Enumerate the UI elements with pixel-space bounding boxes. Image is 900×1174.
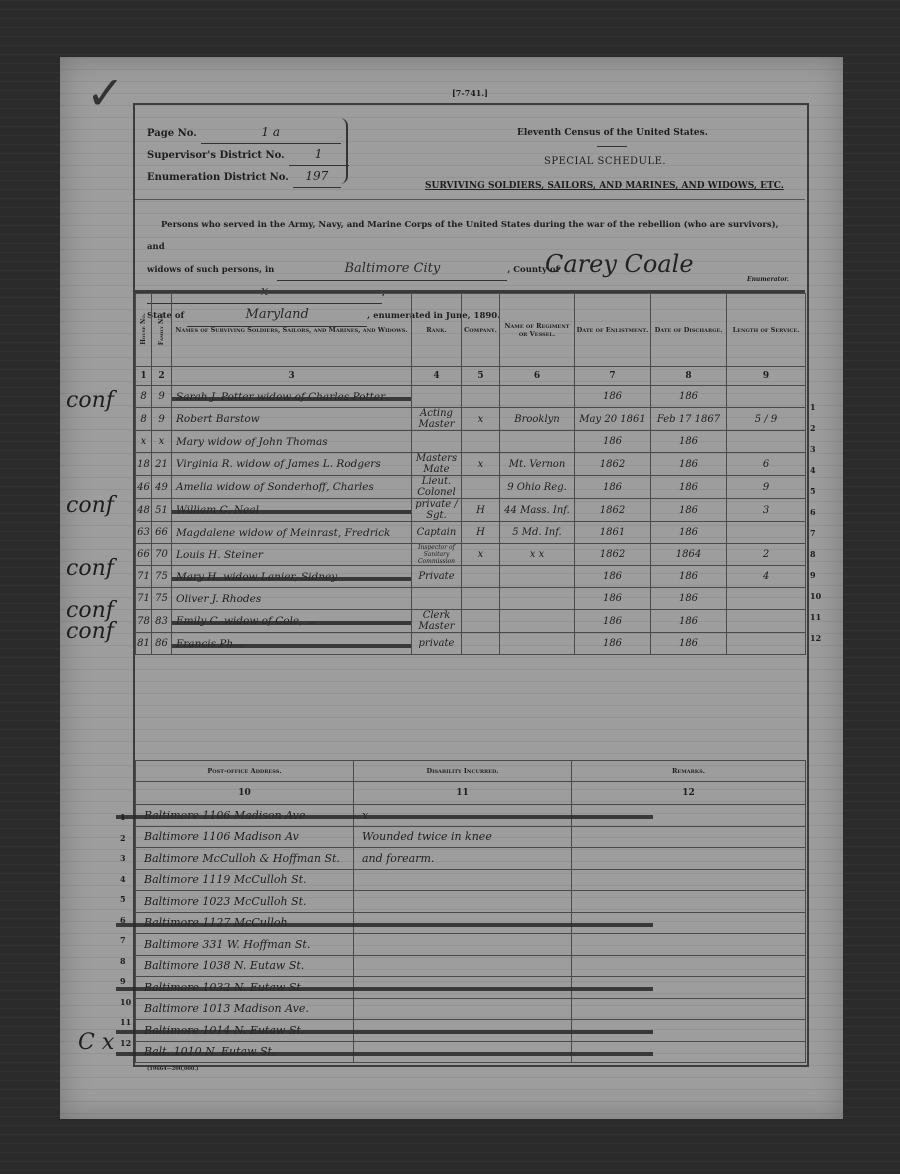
cell-company: H (462, 522, 500, 544)
cell-rank: Inspector of Sanitary Commission (412, 544, 462, 566)
row-number: 12 (810, 633, 821, 643)
cell-house: 81 (136, 633, 152, 655)
table-row: 7175Oliver J. Rhodes186186 (136, 588, 806, 610)
cell-service (727, 633, 806, 655)
cell-enlistment: 186 (575, 610, 651, 633)
cell-family: 83 (152, 610, 172, 633)
cell-remarks (572, 891, 806, 913)
footer-code: (19664—200,000.) (147, 1066, 198, 1072)
address-row: Baltimore 1014 N. Eutaw St. (136, 1020, 806, 1042)
company-header: Company. (462, 294, 500, 367)
cell-house: 63 (136, 522, 152, 544)
cell-address: Baltimore 1032 N. Eutaw St. (136, 977, 354, 999)
cell-name: Emily C. widow of Cole, ... (172, 610, 412, 633)
brace (338, 118, 348, 184)
cell-remarks (572, 826, 806, 848)
cell-service (727, 610, 806, 633)
enumerator-signature: Carey Coale (545, 250, 694, 278)
cell-enlistment: 186 (575, 588, 651, 610)
table-row: 1821Virginia R. widow of James L. Rodger… (136, 453, 806, 476)
address-row: Baltimore 1106 Madison Avex (136, 805, 806, 827)
cell-disability (354, 934, 572, 956)
cell-regiment: Mt. Vernon (500, 453, 575, 476)
margin-note-c: C x (78, 1030, 114, 1055)
cell-enlistment: 186 (575, 476, 651, 499)
form-code: [7-741.] (452, 88, 488, 98)
row-number: 5 (810, 486, 816, 496)
census-title: Eleventh Census of the United States. (517, 128, 708, 138)
row-number: 6 (810, 507, 816, 517)
cell-discharge: 1864 (651, 544, 727, 566)
address-row: Baltimore 1013 Madison Ave. (136, 998, 806, 1020)
table-row: 6670Louis H. SteinerInspector of Sanitar… (136, 544, 806, 566)
address-row: Baltimore 331 W. Hoffman St. (136, 934, 806, 956)
names-header: Names of Surviving Soldiers, Sailors, an… (172, 294, 412, 367)
cell-disability (354, 891, 572, 913)
address-row: Baltimore McCulloh & Hoffman St.and fore… (136, 848, 806, 870)
cell-regiment (500, 633, 575, 655)
cell-service: 5 / 9 (727, 408, 806, 431)
cell-family: x (152, 431, 172, 453)
soldiers-table: House No. Family No. Names of Surviving … (135, 293, 806, 655)
cell-discharge: 186 (651, 610, 727, 633)
family-no-header: Family No. (152, 294, 172, 367)
address-row: Baltimore 1127 McCulloh (136, 912, 806, 934)
cell-family: 9 (152, 386, 172, 408)
address-row: Baltimore 1023 McCulloh St. (136, 891, 806, 913)
address-row: Baltimore 1106 Madison AvWounded twice i… (136, 826, 806, 848)
cell-regiment: Brooklyn (500, 408, 575, 431)
supervisor-label: Supervisor's District No. (147, 145, 285, 166)
margin-note-conf: conf (66, 388, 114, 413)
cell-company (462, 431, 500, 453)
address-row: Baltimore 1119 McCulloh St. (136, 869, 806, 891)
table-row: 8186Francis Ph...private186186 (136, 633, 806, 655)
cell-name: Sarah J. Potter widow of Charles Potter (172, 386, 412, 408)
cell-regiment: x x (500, 544, 575, 566)
title-rule (597, 146, 627, 147)
cell-regiment (500, 386, 575, 408)
lower-row-number: 11 (120, 1017, 131, 1027)
row-number: 10 (810, 591, 821, 601)
cell-rank: private (412, 633, 462, 655)
lower-column-numbers: 101112 (136, 782, 806, 805)
widows-label: widows of such persons, in (147, 265, 274, 275)
enlistment-header: Date of Enlistment. (575, 294, 651, 367)
cell-rank (412, 431, 462, 453)
enumerator-label: Enumerator. (747, 276, 789, 283)
page-no-value: 1 a (201, 122, 341, 144)
cell-enlistment: May 20 1861 (575, 408, 651, 431)
row-number: 11 (810, 612, 821, 622)
address-header: Post-office Address. (136, 761, 354, 782)
cell-service: 9 (727, 476, 806, 499)
cell-company: H (462, 499, 500, 522)
cell-address: Baltimore 1038 N. Eutaw St. (136, 955, 354, 977)
cell-family: 75 (152, 566, 172, 588)
cell-address: Baltimore 331 W. Hoffman St. (136, 934, 354, 956)
cell-rank: Captain (412, 522, 462, 544)
cell-service (727, 588, 806, 610)
cell-name: Virginia R. widow of James L. Rodgers (172, 453, 412, 476)
cell-discharge: 186 (651, 476, 727, 499)
cell-rank: Clerk Master (412, 610, 462, 633)
table-row: xxMary widow of John Thomas186186 (136, 431, 806, 453)
cell-rank: Acting Master (412, 408, 462, 431)
cell-service (727, 431, 806, 453)
cell-rank: Lieut. Colonel (412, 476, 462, 499)
cell-discharge: 186 (651, 633, 727, 655)
cell-house: 71 (136, 588, 152, 610)
cell-family: 75 (152, 588, 172, 610)
cell-rank (412, 386, 462, 408)
table-row: 7175Mary H. widow Lanier, SidneyPrivate1… (136, 566, 806, 588)
cell-company (462, 610, 500, 633)
cell-name: Amelia widow of Sonderhoff, Charles (172, 476, 412, 499)
remarks-header: Remarks. (572, 761, 806, 782)
row-number: 4 (810, 465, 816, 475)
cell-discharge: 186 (651, 453, 727, 476)
check-mark-icon: ✓ (86, 66, 125, 120)
cell-company: x (462, 408, 500, 431)
house-no-header: House No. (136, 294, 152, 367)
rank-header: Rank. (412, 294, 462, 367)
cell-house: x (136, 431, 152, 453)
schedule-subtitle: SURVIVING SOLDIERS, SAILORS, AND MARINES… (425, 181, 784, 191)
table-row: 89Robert BarstowActing MasterxBrooklynMa… (136, 408, 806, 431)
table-row: 6366Magdalene widow of Meinrast, Fredric… (136, 522, 806, 544)
cell-company: x (462, 453, 500, 476)
cell-regiment (500, 431, 575, 453)
cell-remarks (572, 869, 806, 891)
cell-house: 66 (136, 544, 152, 566)
margin-note-conf: conf (66, 493, 114, 518)
cell-service: 4 (727, 566, 806, 588)
district-info: Page No.1 a Supervisor's District No.1 E… (147, 122, 349, 188)
table-row: 4649Amelia widow of Sonderhoff, CharlesL… (136, 476, 806, 499)
cell-service: 2 (727, 544, 806, 566)
cell-address: Baltimore 1106 Madison Ave (136, 805, 354, 827)
cell-name: Francis Ph... (172, 633, 412, 655)
cell-name: Louis H. Steiner (172, 544, 412, 566)
lower-row-number: 6 (120, 915, 126, 925)
cell-house: 8 (136, 408, 152, 431)
address-row: Balt. 1010 N. Eutaw St. (136, 1041, 806, 1063)
cell-regiment: 5 Md. Inf. (500, 522, 575, 544)
row-number: 8 (810, 549, 816, 559)
cell-regiment: 44 Mass. Inf. (500, 499, 575, 522)
service-header: Length of Service. (727, 294, 806, 367)
enumeration-value: 197 (293, 166, 341, 188)
cell-regiment (500, 610, 575, 633)
cell-disability: and forearm. (354, 848, 572, 870)
cell-company (462, 633, 500, 655)
cell-disability (354, 998, 572, 1020)
cell-rank: private / Sgt. (412, 499, 462, 522)
cell-name: Robert Barstow (172, 408, 412, 431)
lower-row-number: 7 (120, 935, 126, 945)
cell-remarks (572, 998, 806, 1020)
row-number: 3 (810, 444, 816, 454)
cell-family: 49 (152, 476, 172, 499)
table-row: 4851William C. Nealprivate / Sgt.H44 Mas… (136, 499, 806, 522)
cell-name: Mary H. widow Lanier, Sidney (172, 566, 412, 588)
cell-address: Baltimore 1119 McCulloh St. (136, 869, 354, 891)
address-row: Baltimore 1038 N. Eutaw St. (136, 955, 806, 977)
cell-enlistment: 186 (575, 633, 651, 655)
cell-enlistment: 186 (575, 431, 651, 453)
cell-remarks (572, 934, 806, 956)
place-value: Baltimore City (277, 258, 507, 281)
cell-enlistment: 1862 (575, 453, 651, 476)
cell-company (462, 386, 500, 408)
cell-address: Baltimore 1023 McCulloh St. (136, 891, 354, 913)
cell-name: Mary widow of John Thomas (172, 431, 412, 453)
cell-rank: Masters Mate (412, 453, 462, 476)
regiment-header: Name of Regiment or Vessel. (500, 294, 575, 367)
lower-row-number: 12 (120, 1038, 131, 1048)
cell-house: 46 (136, 476, 152, 499)
cell-address: Baltimore 1013 Madison Ave. (136, 998, 354, 1020)
row-number: 2 (810, 423, 816, 433)
cell-disability (354, 869, 572, 891)
cell-discharge: Feb 17 1867 (651, 408, 727, 431)
lower-row-number: 2 (120, 833, 126, 843)
cell-house: 78 (136, 610, 152, 633)
cell-company (462, 476, 500, 499)
cell-regiment (500, 588, 575, 610)
cell-discharge: 186 (651, 522, 727, 544)
row-number: 9 (810, 570, 816, 580)
header-divider (135, 199, 805, 200)
row-number: 1 (810, 402, 816, 412)
cell-family: 86 (152, 633, 172, 655)
cell-company: x (462, 544, 500, 566)
cell-house: 18 (136, 453, 152, 476)
cell-address: Baltimore 1014 N. Eutaw St. (136, 1020, 354, 1042)
cell-discharge: 186 (651, 588, 727, 610)
cell-rank: Private (412, 566, 462, 588)
cell-rank (412, 588, 462, 610)
cell-house: 8 (136, 386, 152, 408)
cell-house: 48 (136, 499, 152, 522)
cell-house: 71 (136, 566, 152, 588)
row-number: 7 (810, 528, 816, 538)
cell-address: Balt. 1010 N. Eutaw St. (136, 1041, 354, 1063)
cell-regiment: 9 Ohio Reg. (500, 476, 575, 499)
lower-row-number: 8 (120, 956, 126, 966)
cell-name: William C. Neal (172, 499, 412, 522)
cell-remarks (572, 848, 806, 870)
table-row: 7883Emily C. widow of Cole, ...Clerk Mas… (136, 610, 806, 633)
cell-enlistment: 186 (575, 386, 651, 408)
lower-row-number: 1 (120, 812, 126, 822)
cell-family: 9 (152, 408, 172, 431)
lower-row-number: 5 (120, 894, 126, 904)
column-numbers: 123 456 789 (136, 367, 806, 386)
cell-enlistment: 1862 (575, 544, 651, 566)
cell-family: 66 (152, 522, 172, 544)
cell-family: 51 (152, 499, 172, 522)
cell-enlistment: 186 (575, 566, 651, 588)
table-row: 89Sarah J. Potter widow of Charles Potte… (136, 386, 806, 408)
cell-enlistment: 1862 (575, 499, 651, 522)
cell-address: Baltimore 1127 McCulloh (136, 912, 354, 934)
lower-row-number: 3 (120, 853, 126, 863)
lower-row-number: 4 (120, 874, 126, 884)
cell-family: 70 (152, 544, 172, 566)
cell-discharge: 186 (651, 566, 727, 588)
cell-address: Baltimore McCulloh & Hoffman St. (136, 848, 354, 870)
cell-discharge: 186 (651, 499, 727, 522)
cell-company (462, 566, 500, 588)
cell-discharge: 186 (651, 386, 727, 408)
cell-service (727, 386, 806, 408)
enumeration-label: Enumeration District No. (147, 167, 289, 188)
schedule-title: SPECIAL SCHEDULE. (544, 156, 666, 167)
cell-family: 21 (152, 453, 172, 476)
lower-row-number: 10 (120, 997, 131, 1007)
cell-disability (354, 955, 572, 977)
cell-remarks (572, 955, 806, 977)
cell-regiment (500, 566, 575, 588)
margin-note-conf: conf (66, 556, 114, 581)
cell-service (727, 522, 806, 544)
intro-line1: Persons who served in the Army, Navy, an… (147, 214, 797, 258)
cell-service: 3 (727, 499, 806, 522)
cell-address: Baltimore 1106 Madison Av (136, 826, 354, 848)
cell-enlistment: 1861 (575, 522, 651, 544)
address-row: Baltimore 1032 N. Eutaw St. (136, 977, 806, 999)
lower-row-number: 9 (120, 976, 126, 986)
cell-name: Oliver J. Rhodes (172, 588, 412, 610)
address-table: Post-office Address. Disability Incurred… (135, 760, 806, 1063)
cell-company (462, 588, 500, 610)
discharge-header: Date of Discharge. (651, 294, 727, 367)
cell-name: Magdalene widow of Meinrast, Fredrick (172, 522, 412, 544)
disability-header: Disability Incurred. (354, 761, 572, 782)
margin-note-conf: conf (66, 619, 114, 644)
cell-service: 6 (727, 453, 806, 476)
page-no-label: Page No. (147, 123, 197, 144)
cell-disability: Wounded twice in knee (354, 826, 572, 848)
cell-discharge: 186 (651, 431, 727, 453)
